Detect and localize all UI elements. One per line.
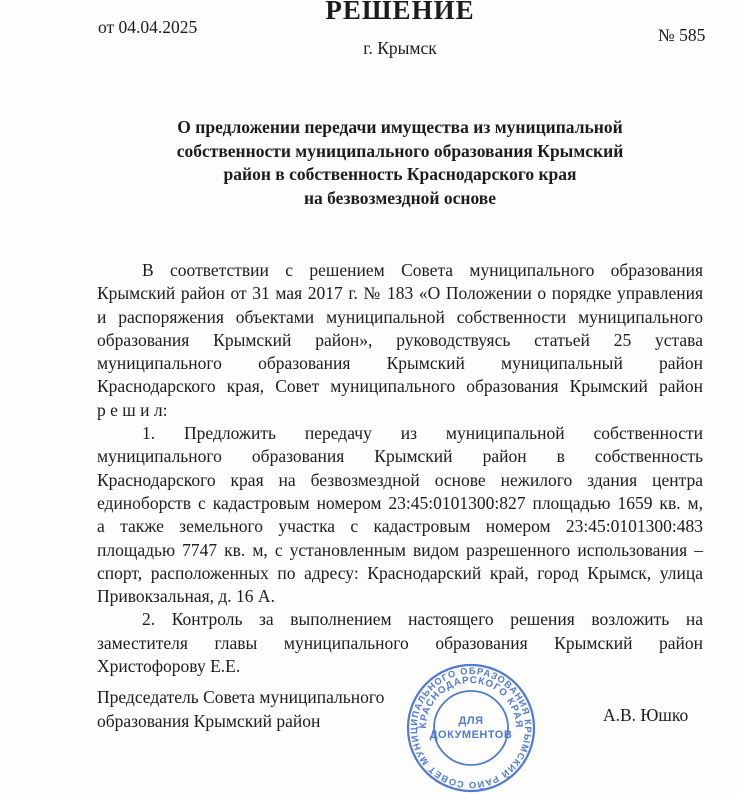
body-line: 2. Контроль за выполнением настоящего ре… xyxy=(97,608,703,631)
stamp-center-text-line2: ДОКУМЕНТОВ xyxy=(430,729,513,741)
body-line: муниципального образования Крымский муни… xyxy=(97,352,703,375)
body-line: Краснодарского края на безвозмездной осн… xyxy=(97,469,703,492)
text-line: собственности муниципального образования… xyxy=(97,140,703,164)
stamp-center-text-line1: ДЛЯ xyxy=(459,715,484,727)
document-date: от 04.04.2025 xyxy=(98,17,197,38)
text-line: Председатель Совета муниципального xyxy=(97,686,427,710)
body-line: единоборств с кадастровым номером 23:45:… xyxy=(97,492,703,515)
body-line: р е ш и л: xyxy=(97,399,703,422)
text-line: образования Крымский район xyxy=(97,710,427,734)
text-line: на безвозмездной основе xyxy=(97,187,703,211)
body-line: Крымский район от 31 мая 2017 г. № 183 «… xyxy=(97,282,703,305)
stamp-inner-circle xyxy=(434,691,508,765)
document-title: О предложении передачи имущества из муни… xyxy=(97,116,703,210)
signature-position: Председатель Совета муниципальногообразо… xyxy=(97,686,427,733)
text-line: О предложении передачи имущества из муни… xyxy=(97,116,703,140)
body-line: Привокзальная, д. 16 А. xyxy=(97,585,703,608)
body-line: заместителя главы муниципального образов… xyxy=(97,632,703,655)
body-line: а также земельного участка с кадастровым… xyxy=(97,515,703,538)
text-line: район в собственность Краснодарского кра… xyxy=(97,163,703,187)
body-line: спорт, расположенных по адресу: Краснода… xyxy=(97,562,703,585)
body-line: В соответствии с решением Совета муницип… xyxy=(97,259,703,282)
body-line: площадью 7747 кв. м, с установленным вид… xyxy=(97,539,703,562)
body-line: Краснодарского края, Совет муниципальног… xyxy=(97,375,703,398)
body-line: и распоряжения объектами муниципальной с… xyxy=(97,306,703,329)
signatory-name: А.В. Юшко xyxy=(603,705,713,726)
body-line: 1. Предложить передачу из муниципальной … xyxy=(97,422,703,445)
official-stamp-icon: СОВЕТ МУНИЦИПАЛЬНОГО ОБРАЗОВАНИЯ КРЫМСКИ… xyxy=(401,658,541,793)
document-place: г. Крымск xyxy=(97,38,703,59)
body-line: Христофорову Е.Е. xyxy=(97,655,703,678)
document-body: В соответствии с решением Совета муницип… xyxy=(97,259,703,678)
document-page: РЕШЕНИЕ от 04.04.2025 № 585 г. Крымск О … xyxy=(0,0,737,793)
body-line: образования Крымский район», руководству… xyxy=(97,329,703,352)
body-line: муниципального образования Крымский райо… xyxy=(97,445,703,468)
